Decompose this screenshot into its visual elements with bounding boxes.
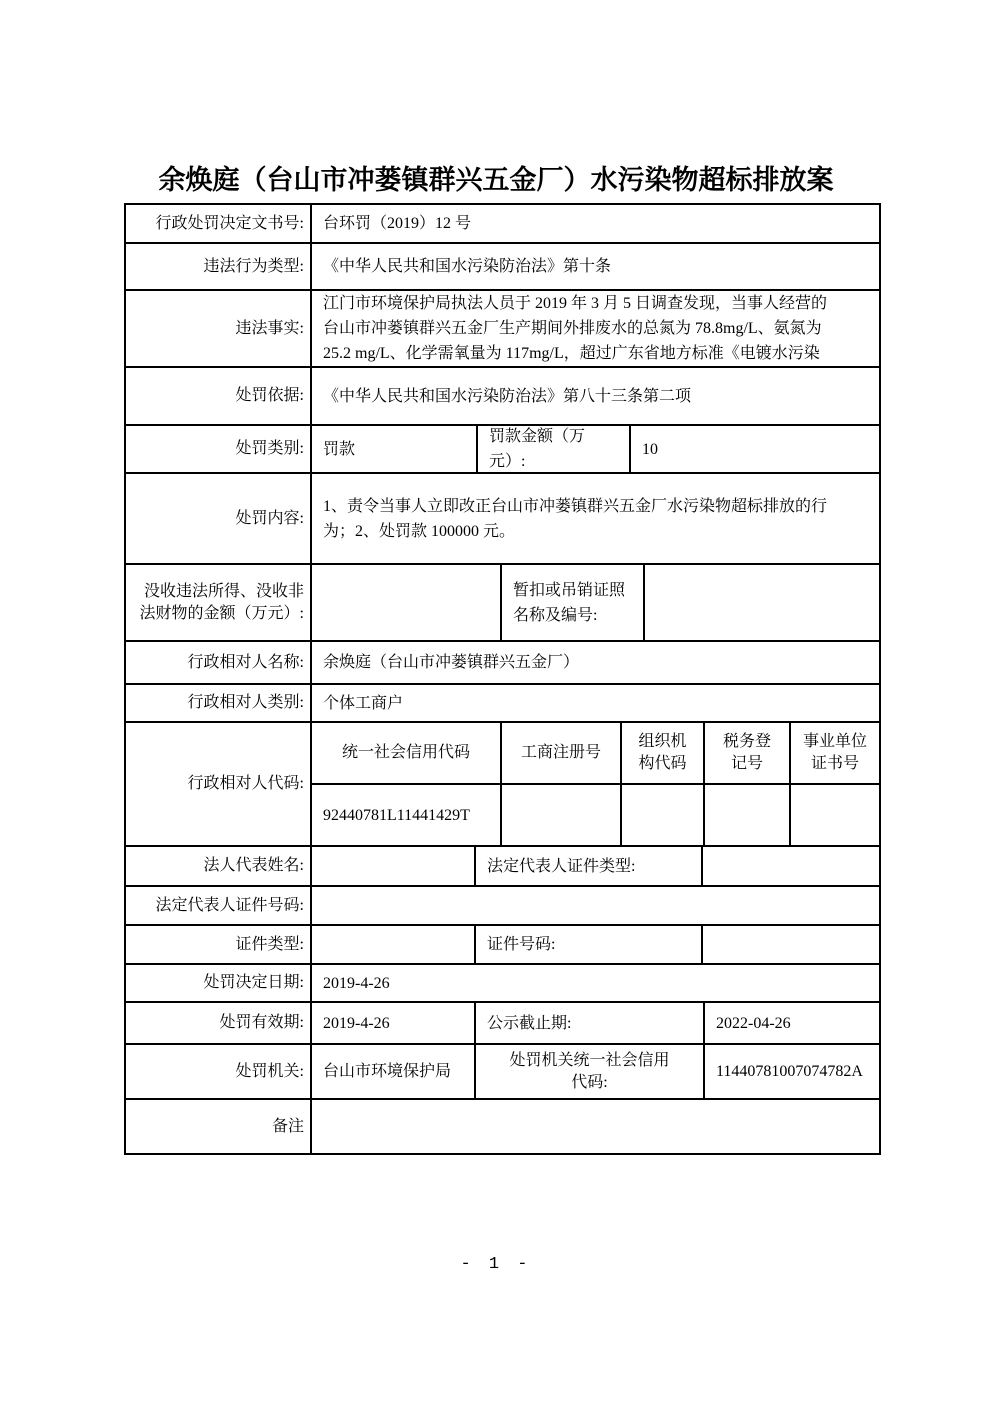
license-revoke-label: 暂扣或吊销证照 名称及编号:: [502, 565, 645, 642]
remarks-value: [312, 1100, 881, 1155]
row-penalty-basis: 处罚依据: 《中华人民共和国水污染防治法》第八十三条第二项: [126, 368, 881, 426]
violation-facts-value: 江门市环境保护局执法人员于 2019 年 3 月 5 日调查发现，当事人经营的 …: [312, 291, 881, 368]
org-code-value: [622, 785, 705, 847]
institution-cert-value: [791, 785, 881, 847]
party-name-label: 行政相对人名称:: [126, 642, 312, 685]
party-codes-value-row: 92440781L11441429T: [312, 785, 881, 847]
business-reg-header: 工商注册号: [502, 723, 622, 785]
institution-cert-header: 事业单位 证书号: [791, 723, 881, 785]
document-page: 余焕庭（台山市冲蒌镇群兴五金厂）水污染物超标排放案 行政处罚决定文书号: 台环罚…: [0, 0, 992, 1403]
penalty-basis-label: 处罚依据:: [126, 368, 312, 426]
decision-date-value: 2019-4-26: [312, 965, 881, 1003]
validity-value: 2019-4-26: [312, 1003, 476, 1045]
page-title: 余焕庭（台山市冲蒌镇群兴五金厂）水污染物超标排放案: [0, 162, 992, 198]
legal-rep-cert-type-label: 法定代表人证件类型:: [476, 847, 703, 887]
authority-value: 台山市环境保护局: [312, 1045, 476, 1100]
cert-no-value: [703, 926, 881, 965]
row-party-codes: 行政相对人代码: 统一社会信用代码 工商注册号 组织机 构代码 税务登 记号 事…: [126, 723, 881, 847]
row-validity: 处罚有效期: 2019-4-26 公示截止期: 2022-04-26: [126, 1003, 881, 1045]
authority-credit-code-label: 处罚机关统一社会信用 代码:: [476, 1045, 705, 1100]
party-codes-header-row: 统一社会信用代码 工商注册号 组织机 构代码 税务登 记号 事业单位 证书号: [312, 723, 881, 785]
credit-code-value: 92440781L11441429T: [312, 785, 502, 847]
row-confiscation: 没收违法所得、没收非 法财物的金额（万元）: 暂扣或吊销证照 名称及编号:: [126, 565, 881, 642]
legal-rep-name-label: 法人代表姓名:: [126, 847, 312, 887]
party-type-label: 行政相对人类别:: [126, 685, 312, 723]
penalty-category-label: 处罚类别:: [126, 426, 312, 474]
publicity-deadline-value: 2022-04-26: [705, 1003, 881, 1045]
license-revoke-value: [645, 565, 881, 642]
authority-credit-code-value: 11440781007074782A: [705, 1045, 881, 1100]
row-legal-rep-cert-no: 法定代表人证件号码:: [126, 887, 881, 926]
row-penalty-category: 处罚类别: 罚款 罚款金额（万元）: 10: [126, 426, 881, 474]
penalty-category-value: 罚款: [312, 426, 478, 474]
row-decision-date: 处罚决定日期: 2019-4-26: [126, 965, 881, 1003]
legal-rep-cert-no-label: 法定代表人证件号码:: [126, 887, 312, 926]
cert-no-label: 证件号码:: [476, 926, 703, 965]
party-codes-label: 行政相对人代码:: [126, 723, 312, 847]
penalty-basis-value: 《中华人民共和国水污染防治法》第八十三条第二项: [312, 368, 881, 426]
org-code-header: 组织机 构代码: [622, 723, 705, 785]
violation-type-value: 《中华人民共和国水污染防治法》第十条: [312, 244, 881, 291]
business-reg-value: [502, 785, 622, 847]
remarks-label: 备注: [126, 1100, 312, 1155]
row-doc-no: 行政处罚决定文书号: 台环罚（2019）12 号: [126, 205, 881, 244]
row-party-name: 行政相对人名称: 余焕庭（台山市冲蒌镇群兴五金厂）: [126, 642, 881, 685]
doc-no-label: 行政处罚决定文书号:: [126, 205, 312, 244]
tax-reg-value: [705, 785, 791, 847]
legal-rep-cert-no-value: [312, 887, 881, 926]
publicity-deadline-label: 公示截止期:: [476, 1003, 705, 1045]
tax-reg-header: 税务登 记号: [705, 723, 791, 785]
doc-no-value: 台环罚（2019）12 号: [312, 205, 881, 244]
legal-rep-name-value: [312, 847, 476, 887]
party-type-value: 个体工商户: [312, 685, 881, 723]
row-violation-facts: 违法事实: 江门市环境保护局执法人员于 2019 年 3 月 5 日调查发现，当…: [126, 291, 881, 368]
confiscation-value: [312, 565, 502, 642]
row-authority: 处罚机关: 台山市环境保护局 处罚机关统一社会信用 代码: 1144078100…: [126, 1045, 881, 1100]
row-penalty-content: 处罚内容: 1、责令当事人立即改正台山市冲蒌镇群兴五金厂水污染物超标排放的行 为…: [126, 474, 881, 565]
fine-amount-label: 罚款金额（万元）:: [478, 426, 631, 474]
violation-facts-label: 违法事实:: [126, 291, 312, 368]
party-codes-subtable: 统一社会信用代码 工商注册号 组织机 构代码 税务登 记号 事业单位 证书号 9…: [312, 723, 881, 847]
penalty-table: 行政处罚决定文书号: 台环罚（2019）12 号 违法行为类型: 《中华人民共和…: [124, 203, 881, 1155]
row-cert: 证件类型: 证件号码:: [126, 926, 881, 965]
row-violation-type: 违法行为类型: 《中华人民共和国水污染防治法》第十条: [126, 244, 881, 291]
penalty-content-label: 处罚内容:: [126, 474, 312, 565]
cert-type-label: 证件类型:: [126, 926, 312, 965]
fine-amount-value: 10: [631, 426, 881, 474]
penalty-content-value: 1、责令当事人立即改正台山市冲蒌镇群兴五金厂水污染物超标排放的行 为；2、处罚款…: [312, 474, 881, 565]
legal-rep-cert-type-value: [703, 847, 881, 887]
cert-type-value: [312, 926, 476, 965]
party-name-value: 余焕庭（台山市冲蒌镇群兴五金厂）: [312, 642, 881, 685]
confiscation-label: 没收违法所得、没收非 法财物的金额（万元）:: [126, 565, 312, 642]
decision-date-label: 处罚决定日期:: [126, 965, 312, 1003]
row-remarks: 备注: [126, 1100, 881, 1155]
page-number: - 1 -: [0, 1255, 992, 1274]
row-legal-rep: 法人代表姓名: 法定代表人证件类型:: [126, 847, 881, 887]
credit-code-header: 统一社会信用代码: [312, 723, 502, 785]
row-party-type: 行政相对人类别: 个体工商户: [126, 685, 881, 723]
violation-type-label: 违法行为类型:: [126, 244, 312, 291]
validity-label: 处罚有效期:: [126, 1003, 312, 1045]
authority-label: 处罚机关:: [126, 1045, 312, 1100]
